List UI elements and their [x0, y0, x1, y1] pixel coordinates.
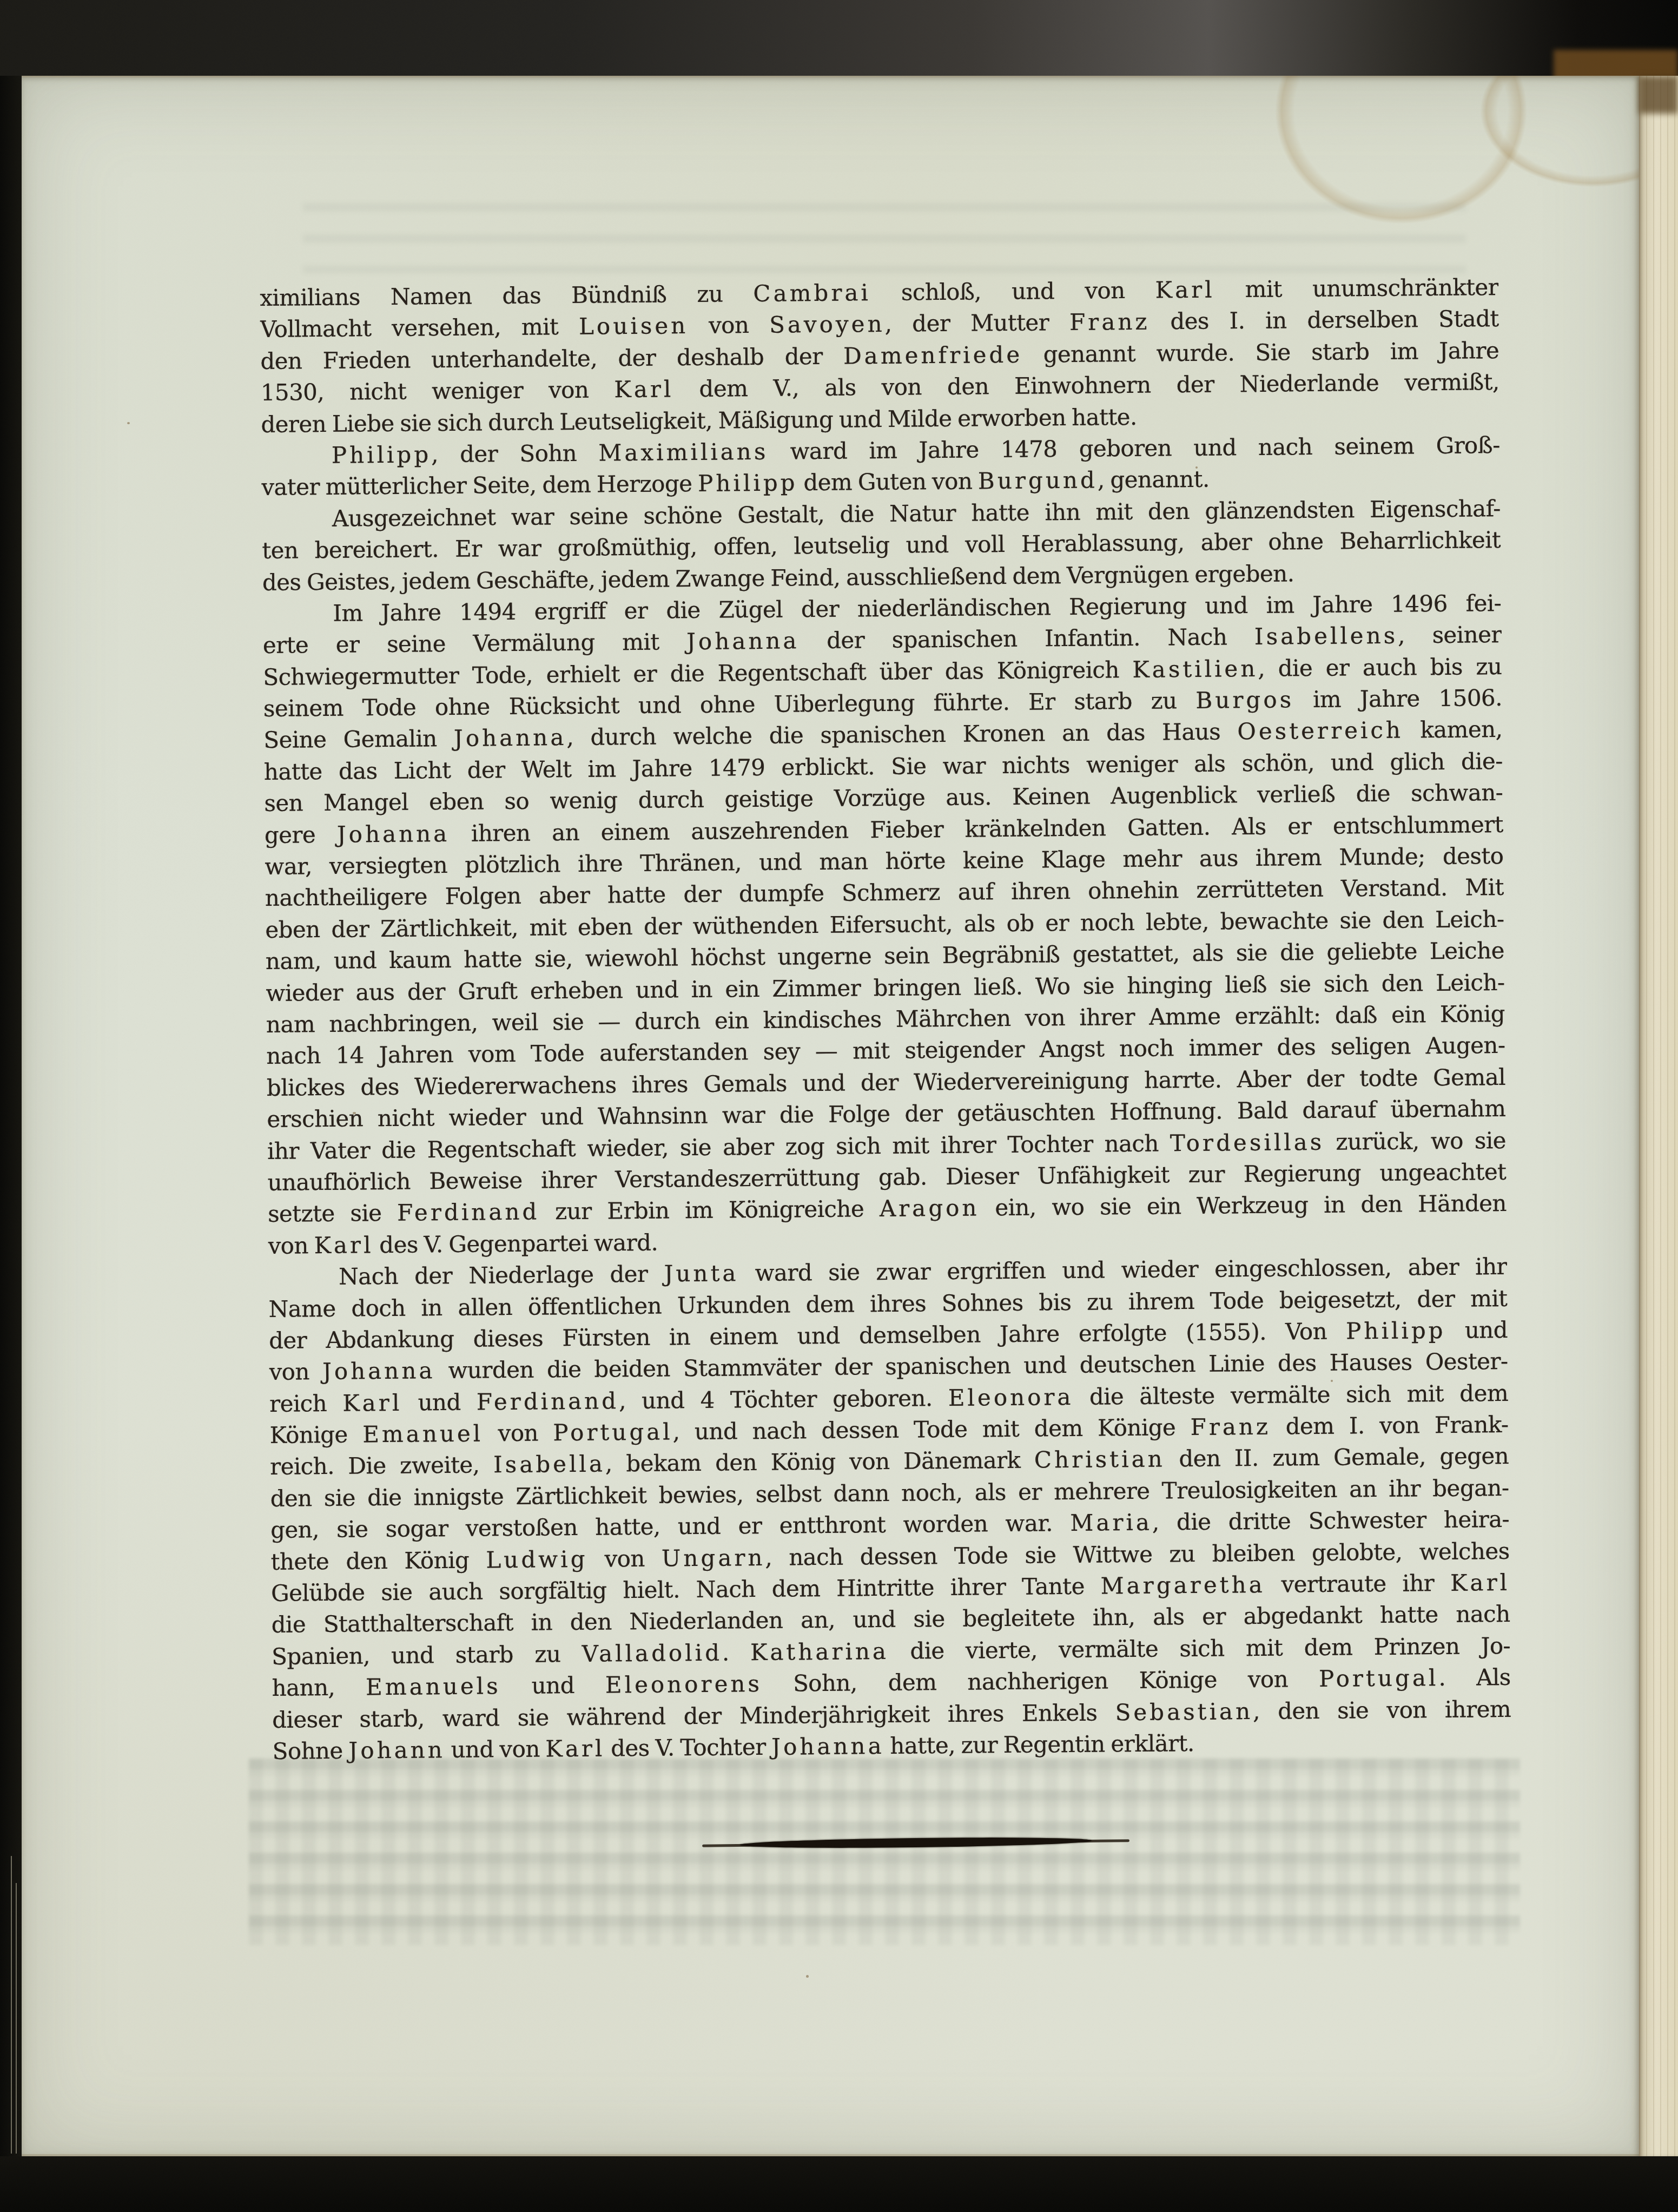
spaced-name: Savoyen	[769, 311, 885, 338]
spaced-name: Valladolid	[582, 1639, 722, 1667]
scan-left-band	[0, 76, 22, 2156]
book-scan: ximilians Namen das Bündniß zu Cambrai s…	[0, 0, 1678, 2212]
spaced-name: Ferdinand	[477, 1387, 619, 1415]
spaced-name: Isabella	[493, 1451, 605, 1478]
spaced-name: Eleonorens	[605, 1670, 763, 1699]
spaced-name: Johanna	[686, 628, 800, 655]
spaced-name: Burgos	[1195, 686, 1294, 714]
scan-bottom-band	[0, 2156, 1678, 2212]
page-edge-highlight	[11, 1856, 12, 2154]
spaced-name: Eleonora	[948, 1384, 1074, 1411]
scan-top-band	[0, 0, 1678, 76]
spaced-name: Karl	[1155, 276, 1214, 304]
paper-speckle	[127, 422, 130, 424]
spaced-name: Johanna	[771, 1733, 884, 1760]
ink-divider	[702, 1834, 1129, 1852]
spaced-name: Karl	[614, 376, 673, 403]
spaced-name: Junta	[664, 1260, 738, 1287]
spaced-name: Philipp	[1346, 1317, 1446, 1345]
spaced-name: Ferdinand	[397, 1199, 540, 1226]
waterstain-ring	[1477, 76, 1639, 189]
ink-divider-stroke	[740, 1836, 1092, 1849]
spaced-name: Franz	[1190, 1413, 1271, 1440]
spaced-name: Christian	[1034, 1446, 1165, 1473]
spaced-name: Portugal	[1319, 1664, 1439, 1692]
spaced-name: Margaretha	[1100, 1571, 1265, 1599]
spaced-name: Maximilians	[598, 438, 768, 466]
spaced-name: Kastilien	[1132, 655, 1258, 683]
bleedthrough-bottom	[249, 1759, 1520, 1945]
bleedthrough-top	[303, 203, 1466, 273]
spaced-name: Karl	[545, 1735, 605, 1762]
page-edge-highlight	[16, 1883, 17, 2154]
spaced-name: Burgund	[978, 467, 1098, 495]
spaced-name: Isabellens	[1254, 622, 1398, 650]
spaced-name: Johanna	[322, 1358, 435, 1385]
spaced-name: Philipp	[698, 470, 798, 497]
spaced-name: Karl	[1450, 1569, 1510, 1596]
spaced-name: Johanna	[337, 820, 450, 848]
spaced-name: Damenfriede	[843, 341, 1023, 369]
spaced-name: Ungarn	[662, 1544, 765, 1572]
paper-speckle	[806, 1975, 809, 1978]
spaced-name: Aragon	[880, 1195, 980, 1222]
fore-edge-pages	[1639, 76, 1678, 2156]
spaced-name: Johann	[348, 1736, 445, 1764]
spaced-name: Karl	[314, 1232, 373, 1259]
spaced-name: Karl	[342, 1389, 402, 1416]
spaced-name: Emanuel	[362, 1420, 483, 1448]
spaced-name: Tordesillas	[1170, 1128, 1325, 1156]
spaced-name: Louisen	[579, 312, 689, 340]
spaced-name: Emanuels	[366, 1673, 501, 1700]
page-text: ximilians Namen das Bündniß zu Cambrai s…	[260, 272, 1511, 1767]
spaced-name: Ludwig	[486, 1545, 588, 1573]
spaced-name: Sebastian	[1115, 1698, 1253, 1726]
waterstain-ring	[1271, 76, 1531, 227]
spaced-name: Franz	[1069, 308, 1150, 335]
spaced-name: Oesterreich	[1237, 717, 1403, 745]
book-page: ximilians Namen das Bündniß zu Cambrai s…	[22, 76, 1639, 2156]
spaced-name: Cambrai	[753, 279, 871, 307]
spaced-name: Katharina	[750, 1638, 889, 1665]
spaced-name: Philipp	[332, 441, 432, 469]
spaced-name: Johanna	[454, 725, 567, 752]
spaced-name: Maria	[1070, 1509, 1152, 1536]
spaced-name: Portugal	[553, 1418, 673, 1446]
fore-edge-stain	[1639, 76, 1678, 114]
